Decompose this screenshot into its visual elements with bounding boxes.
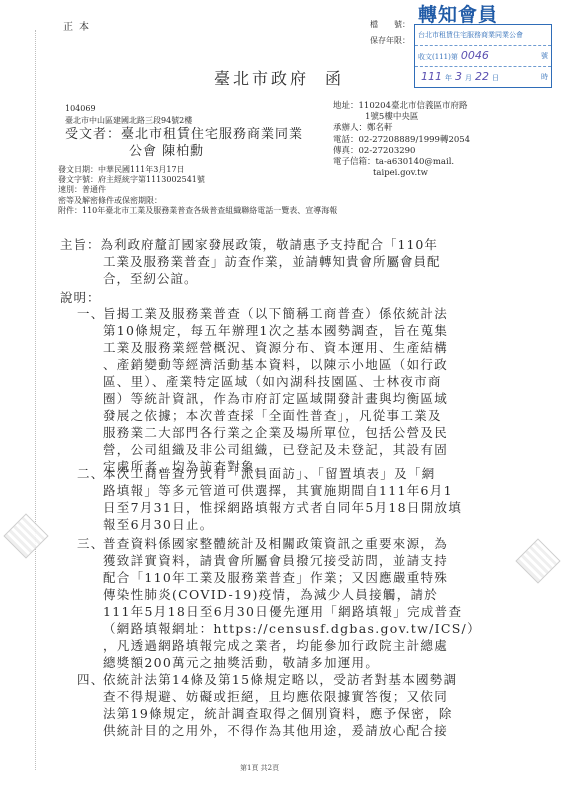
stamp-receipt-number: 收文(111)第0046號 xyxy=(415,46,551,67)
page-number: 第1頁 共2頁 xyxy=(240,763,279,773)
agency-name: 臺北市政府 xyxy=(214,69,309,88)
explanation-item-4: 四、依統計法第14條及第15條規定略以，受訪者對基本國勢調 查不得規避、妨礙或拒… xyxy=(77,671,457,739)
issue-number: 發文字號：府主經統字第1113002541號 xyxy=(58,175,337,185)
document-kind: 函 xyxy=(325,69,344,88)
stamp-org: 台北市租賃住宅服務商業同業公會 xyxy=(415,25,551,46)
recipient-line-2: 公會 陳柏勳 xyxy=(65,143,303,160)
phone: 電話：02-27208889/1999轉2054 xyxy=(333,135,470,146)
perforation-seal-icon xyxy=(515,538,560,583)
contact-block: 地址：110204臺北市信義區市府路 1號5樓中央區 承辦人：鄭名軒 電話：02… xyxy=(333,101,470,179)
sender-address: 地址：110204臺北市信義區市府路 xyxy=(333,101,470,112)
recipient-line-1: 受文者：臺北市租賃住宅服務商業同業 xyxy=(65,126,303,143)
web-url-line: （網路填報網址：https://censusf.dgbas.gov.tw/ICS… xyxy=(77,620,481,637)
subject: 主旨：為利政府釐訂國家發展政策，敬請惠予支持配合「110年 工業及服務業普查」訪… xyxy=(60,236,441,287)
speed-category: 速別：普通件 xyxy=(58,185,337,195)
issue-date: 發文日期：中華民國111年3月17日 xyxy=(58,165,337,175)
handler: 承辦人：鄭名軒 xyxy=(333,123,470,134)
explanation-label: 說明： xyxy=(60,288,101,306)
binding-margin-line xyxy=(35,30,36,770)
file-meta: 檔 號： 保存年限： xyxy=(330,17,410,49)
copy-label: 正本 xyxy=(63,18,95,33)
explanation-item-1: 一、旨揭工業及服務業普查（以下簡稱工商普查）係依統計法 第10條規定，每五年辦理… xyxy=(77,305,448,475)
stamp-receipt-date: 111年3月22日時 xyxy=(415,67,551,87)
retention-period-label: 保存年限： xyxy=(330,33,410,49)
explanation-item-2: 二、本次工商普查方式有「派員面訪」、「留置填表」及「網 路填報」等多元管道可供選… xyxy=(77,465,462,533)
fax: 傳真：02-27203290 xyxy=(333,146,470,157)
receipt-stamp: 台北市租賃住宅服務商業同業公會 收文(111)第0046號 111年3月22日時 xyxy=(414,24,552,88)
issue-meta: 發文日期：中華民國111年3月17日 發文字號：府主經統字第1113002541… xyxy=(58,165,337,216)
explanation-item-3: 三、普查資料係國家整體統計及相關政策資訊之重要來源，為 獲致詳實資料，請貴會所屬… xyxy=(77,535,481,671)
attachment: 附件：110年臺北市工業及服務業普查各級普查組織聯絡電話一覽表、宣導海報 xyxy=(58,206,337,216)
recipient-zip: 104069 xyxy=(65,104,96,113)
document-title: 臺北市政府函 xyxy=(214,66,344,89)
recipient-address: 臺北市中山區建國北路三段94號2樓 xyxy=(65,115,192,126)
sender-address-cont: 1號5樓中央區 xyxy=(333,112,470,123)
perforation-seal-icon xyxy=(3,513,48,558)
recipient: 受文者：臺北市租賃住宅服務商業同業 公會 陳柏勳 xyxy=(65,126,303,160)
receipt-number: 0046 xyxy=(461,49,489,62)
email: 電子信箱：ta-a630140@mail. xyxy=(333,157,470,168)
forward-to-members-stamp: 轉知會員 xyxy=(418,0,498,27)
classification: 密等及解密條件或保密期限： xyxy=(58,196,337,206)
email-cont: taipei.gov.tw xyxy=(333,168,470,179)
file-number-label: 檔 號： xyxy=(330,17,410,33)
